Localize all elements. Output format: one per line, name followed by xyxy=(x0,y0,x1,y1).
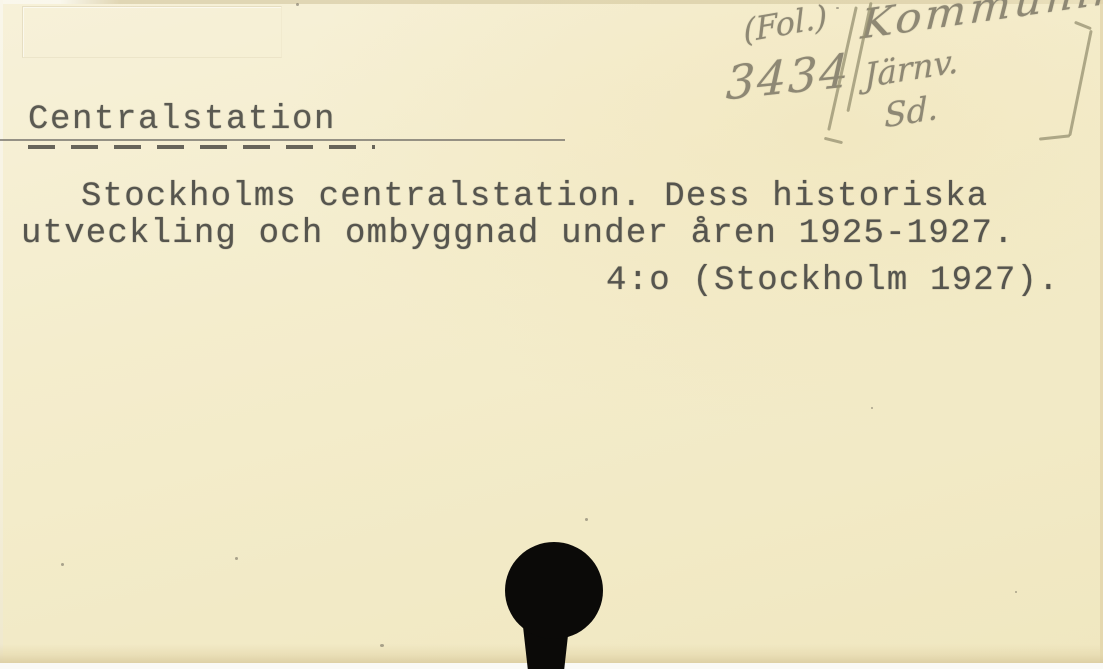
pencil-bracket-hook-top xyxy=(1074,21,1092,30)
heading-rule xyxy=(0,139,565,141)
embossed-stamp-outline xyxy=(22,6,282,58)
heading-dashed-underline xyxy=(28,145,375,149)
dust-speck xyxy=(585,518,588,521)
dust-speck xyxy=(1015,591,1017,593)
imprint-line: 4:o (Stockholm 1927). xyxy=(606,263,1060,300)
pencil-slash-hook xyxy=(824,137,843,144)
card-left-edge xyxy=(0,0,3,663)
annotation-accession-number: 3434 xyxy=(725,43,851,111)
annotation-classification-sub2: Sd. xyxy=(884,88,938,136)
catalog-card-scan: Centralstation Stockholms centralstation… xyxy=(0,0,1103,669)
dust-speck xyxy=(296,3,299,6)
card-heading: Centralstation xyxy=(28,102,336,139)
annotation-format-note: (Fol.) xyxy=(742,0,828,50)
title-line-1: Stockholms centralstation. Dess historis… xyxy=(81,179,988,216)
dust-speck xyxy=(871,407,873,409)
pencil-bracket-hook-bottom xyxy=(1039,134,1070,140)
annotation-classification-sub: Järnv. xyxy=(864,41,959,95)
title-line-2: utveckling och ombyggnad under åren 1925… xyxy=(21,216,1015,253)
pencil-bracket-stroke xyxy=(1068,30,1092,136)
dust-speck xyxy=(836,7,839,9)
dust-speck xyxy=(235,557,238,560)
punch-hole xyxy=(505,542,603,639)
annotation-classification-main: Kommunik xyxy=(860,0,1103,49)
dust-speck xyxy=(380,644,384,647)
dust-speck xyxy=(61,563,64,566)
